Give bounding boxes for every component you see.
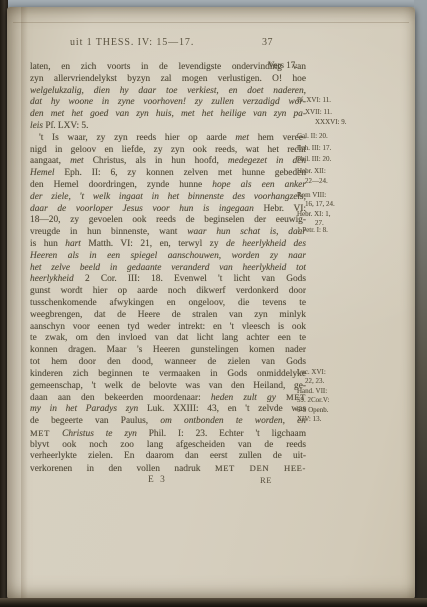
text-line: daar de voorloper Jesus voor hun is inge… — [30, 204, 306, 216]
photo-bottom-edge — [0, 598, 427, 607]
text-line: tot hem door den dood, wanneer de zielen… — [30, 357, 306, 369]
margin-note: Eph. III: 17. — [297, 145, 331, 153]
margin-note: XIV: 13. — [297, 416, 321, 424]
text-line: daan aan den bekeerden moordenaar: heden… — [30, 392, 306, 404]
margin-note: Phil. III: 20. — [297, 156, 331, 164]
text-line: 18—20, zy gevoelen ook reeds de beginsel… — [30, 215, 306, 227]
text-line: zyn allervriendelykst byzyn zal mogen ve… — [30, 74, 306, 86]
margin-note: 22, 23. — [297, 378, 324, 386]
text-line: der ziele, 't welk ingaat in het binnens… — [30, 192, 306, 204]
text-line: tusschenkomende afwykingen en ongeloov, … — [30, 298, 306, 310]
text-line: my in het Paradys zyn Luk. XXIII: 43, en… — [30, 404, 306, 416]
text-line: leis Pſ. LXV: 5. — [30, 121, 306, 133]
text-line: aanschyn voor eenen tyd weder intrekt: e… — [30, 322, 306, 334]
text-line: konnen dragen. Maar 's Heeren gunsteling… — [30, 345, 306, 357]
margin-note: Luc. XVI: — [297, 369, 326, 377]
running-head: uit 1 THESS. IV: 15—17. 37 — [30, 37, 306, 51]
text-line: nigd in geloov en liefde, zy zyn ook ree… — [30, 145, 306, 157]
book-fore-edge — [414, 0, 427, 607]
text-line: Heeren als in een spiegel aanschouwen, w… — [30, 251, 306, 263]
margin-note: Hebr. XI: 1, — [297, 211, 330, 219]
text-line: het zelve beeld in gedaante veranderd va… — [30, 263, 306, 275]
text-line: te zwak, om den invloed van dat licht la… — [30, 333, 306, 345]
margin-note: XXXVI: 9. — [297, 119, 347, 127]
text-line: dat hy woone in zyne voorhoven! zy zulle… — [30, 97, 306, 109]
margin-note: 22—24. — [297, 178, 328, 186]
book-page: uit 1 THESS. IV: 15—17. 37 laten, en zic… — [7, 7, 415, 599]
margin-note: XVII: 11. — [297, 109, 332, 117]
text-line: aangaat, met Christus, als in hun hoofd,… — [30, 156, 306, 168]
margin-note: Pſ. XVI: 11. — [297, 97, 331, 105]
running-head-title: uit 1 THESS. IV: 15—17. — [70, 37, 194, 48]
text-line: gemeenschap, 't welk de belovte was van … — [30, 381, 306, 393]
text-line: den Hemel doordringen, zynde hunne hope … — [30, 180, 306, 192]
signature-mark: E 3 — [148, 475, 167, 485]
catchword: RE — [260, 475, 272, 485]
text-line: MET Christus te zyn Phil. I: 23. Echter … — [30, 428, 306, 440]
page-number: 37 — [262, 37, 273, 48]
book-page-photo: uit 1 THESS. IV: 15—17. 37 laten, en zic… — [0, 0, 427, 607]
text-line: weegbrengen, dat de Heere de stralen van… — [30, 310, 306, 322]
margin-note: Gal. II: 20. — [297, 133, 328, 141]
text-line: is hun hart Matth. VI: 21, en, terwyl zy… — [30, 239, 306, 251]
margin-note: Hebr. XII: — [297, 168, 326, 176]
text-line: blyvt ook noch zoo lang afgescheiden van… — [30, 440, 306, 452]
margin-note: 6-9 Openb. — [297, 407, 329, 415]
margin-note: Hand. VII: — [297, 388, 327, 396]
text-line: 't Is waar, zy zyn reeds hier op aarde m… — [30, 133, 306, 145]
text-line: vreugde in hun binnenste, want waar hun … — [30, 227, 306, 239]
signature-row: E 3 RE — [30, 475, 306, 487]
margin-note: 16, 17, 24. — [297, 201, 335, 209]
body-text-block: laten, en zich voorts in de levendigste … — [30, 62, 306, 475]
margin-note: Rom VIII: — [297, 192, 326, 200]
text-line: kinderen zich beginnen te vermaaken in G… — [30, 369, 306, 381]
text-line: heerlykheid 2 Cor. III: 18. Evenwel 't l… — [30, 274, 306, 286]
margin-note: Vers 17. — [268, 62, 298, 70]
text-line: den met het goed van zyn huis, met het h… — [30, 109, 306, 121]
text-line: de begeerte van Paulus, om ontbonden te … — [30, 416, 306, 428]
text-line: verkorenen in den vollen nadruk MET DEN … — [30, 463, 306, 475]
margin-note: 59. 2Cor.V: — [297, 397, 329, 405]
page-crease — [21, 7, 28, 599]
text-line: Hemel Eph. II: 6, zy konnen zelven met h… — [30, 168, 306, 180]
margin-note: 1 Petr. I: 8. — [297, 227, 328, 235]
margin-notes-column: Vers 17.Pſ. XVI: 11.XVII: 11.XXXVI: 9.Ga… — [297, 62, 389, 482]
text-line: verheerlykte zielen. En daarom dan eerst… — [30, 451, 306, 463]
text-line: gunst wordt hier op aarde noch dikwerf v… — [30, 286, 306, 298]
text-line: welgelukzalig, dien hy daar toe verkiest… — [30, 86, 306, 98]
page-edge-line — [13, 22, 409, 23]
text-line: laten, en zich voorts in de levendigste … — [30, 62, 306, 74]
